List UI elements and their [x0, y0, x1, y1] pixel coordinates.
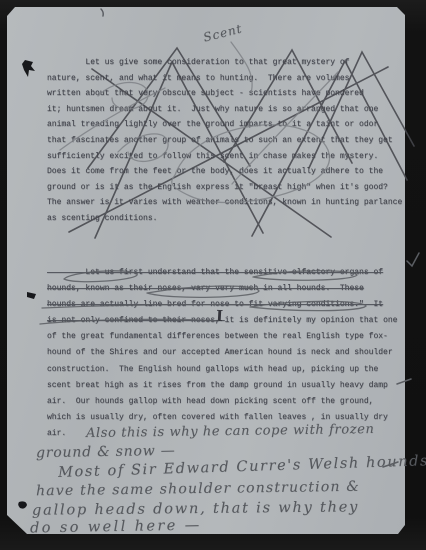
typed-line: Does it come from the feet or the body, …: [47, 167, 402, 183]
typed-line: hounds, known as their noses, vary very …: [47, 284, 397, 300]
handwritten-note-do-so-well: do so well here —: [30, 518, 202, 537]
struck-text-segment: Let us first understand that the sensiti…: [47, 268, 383, 277]
text-segment: scent breat high as it rises from the da…: [47, 381, 388, 390]
typed-line: of the great fundamental differences bet…: [47, 332, 397, 348]
text-segment: construction. The English hound gallops …: [47, 365, 378, 374]
typed-line: nature, scent, and what it means to hunt…: [47, 74, 402, 90]
typed-line: animal treading lightly over the ground …: [47, 120, 402, 136]
typed-line: that fascinates another group of animals…: [47, 136, 402, 152]
typed-line: Let us first understand that the sensiti…: [47, 268, 397, 284]
typed-line: it; huntsmen dream about it. Just why na…: [47, 105, 402, 121]
typed-line: ground or is it as the English express i…: [47, 183, 402, 199]
typed-line: hound of the Shires and our accepted Ame…: [47, 348, 397, 364]
handwritten-note-ground-snow: ground & snow —: [36, 443, 176, 461]
typed-line: The answer is it varies with weather con…: [47, 198, 402, 214]
typed-paragraph-hound-noses: Let us first understand that the sensiti…: [47, 268, 397, 445]
struck-text-segment: hounds are actually line bred for nose t…: [47, 300, 383, 309]
text-segment: of the great fundamental differences bet…: [47, 332, 388, 341]
text-segment: it is definitely my opinion that one: [225, 316, 398, 325]
typed-paragraph-scent-mystery: Let us give some consideration to that g…: [47, 58, 402, 230]
struck-text-segment: hounds, known as their noses, vary very …: [47, 284, 364, 293]
typed-line: Let us give some consideration to that g…: [47, 58, 402, 74]
handwritten-capital-i-correction: I: [216, 307, 224, 325]
text-segment: which is usually dry, often covered with…: [47, 413, 388, 422]
text-segment: hound of the Shires and our accepted Ame…: [47, 348, 393, 357]
handwritten-note-gallop-heads-down: gallop heads down, that is why they: [32, 499, 359, 518]
typed-line: as scenting conditions.: [47, 214, 402, 230]
typed-line: sufficiently excited to follow this scen…: [47, 152, 402, 168]
text-segment: air.: [47, 429, 66, 438]
struck-text-segment: is not only confined to their noses,: [47, 316, 225, 325]
typed-line: air. Our hounds gallop with head down pi…: [47, 397, 397, 413]
typed-line: written about that very obscure subject …: [47, 89, 402, 105]
typed-line: construction. The English hound gallops …: [47, 365, 397, 381]
typed-line: scent breat high as it rises from the da…: [47, 381, 397, 397]
text-segment: air. Our hounds gallop with head down pi…: [47, 397, 373, 406]
